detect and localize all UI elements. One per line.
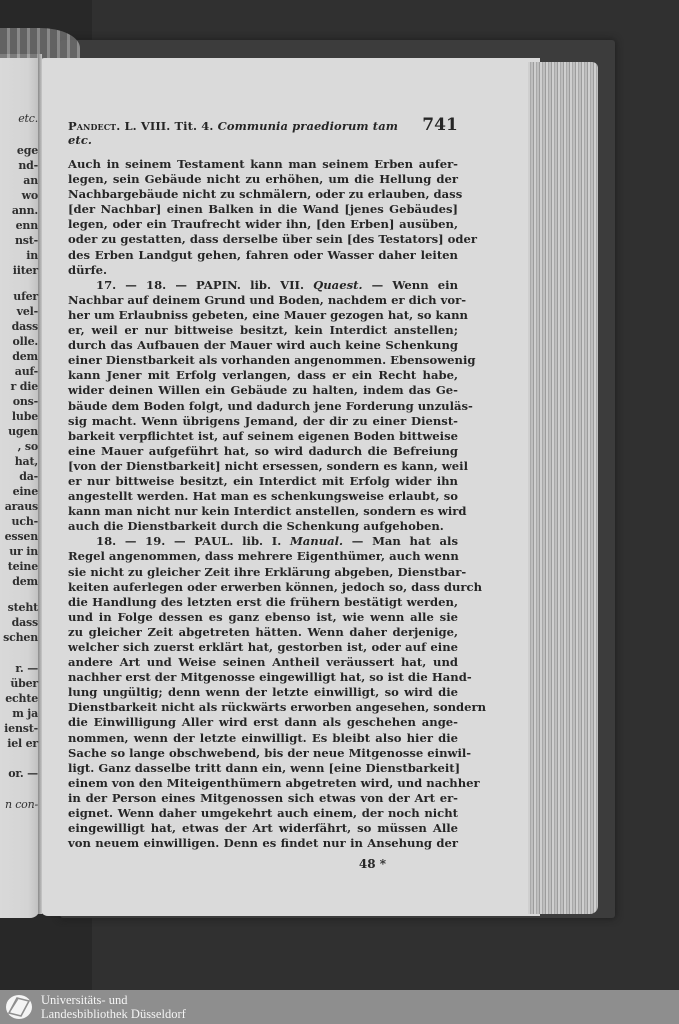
- text-line: oder zu gestatten, dass derselbe über se…: [68, 232, 458, 247]
- left-page-fragment: in: [26, 249, 38, 262]
- left-page-fragment: eine: [13, 485, 38, 498]
- running-head-pandect: Pandect.: [68, 119, 120, 133]
- left-page-fragment: auf-: [15, 365, 38, 378]
- text-line: des Erben Landgut gehen, fahren oder Was…: [68, 248, 458, 263]
- left-page-fragment: r. —: [15, 662, 38, 675]
- text-line: die Handlung des letzten erst die früher…: [68, 595, 458, 610]
- text-line: auch die Dienstbarkeit durch die Schenku…: [68, 519, 458, 534]
- left-page-fragment: ege: [17, 144, 38, 157]
- text-line: dürfe.: [68, 263, 458, 278]
- left-page-fragment: an: [23, 174, 38, 187]
- text-line: Sache so lange obschwebend, bis der neue…: [68, 746, 458, 761]
- text-line: er nur bittweise besitzt, ein Interdict …: [68, 474, 458, 489]
- text-line: nommen, wenn der letzte einwilligt. Es b…: [68, 731, 458, 746]
- text-line: nachher erst der Mitgenosse eingewilligt…: [68, 670, 458, 685]
- left-page-fragment: dass: [12, 320, 38, 333]
- left-page-fragment: ienst-: [4, 722, 38, 735]
- text-line: kann Jener mit Erfolg verlangen, dass er…: [68, 368, 458, 383]
- left-page-fragment: nst-: [15, 234, 38, 247]
- text-line: Nachbar auf deinem Grund und Boden, nach…: [68, 293, 458, 308]
- text-line: und in Folge dessen es ganz ebenso ist, …: [68, 610, 458, 625]
- citation-text: 18. — 19. — PAUL. lib. I.: [96, 534, 290, 548]
- left-page-fragment: m ja: [12, 707, 38, 720]
- left-page-fragment: steht: [8, 601, 38, 614]
- text-line: die Einwilligung Aller wird erst dann al…: [68, 715, 458, 730]
- text-line: [von der Dienstbarkeit] nicht ersessen, …: [68, 459, 458, 474]
- left-page-fragment: ons-: [13, 395, 38, 408]
- text-line: Regel angenommen, dass mehrere Eigenthüm…: [68, 549, 458, 564]
- page-number: 741: [422, 115, 458, 135]
- library-name-line1: Universitäts- und: [41, 993, 186, 1007]
- left-page-fragment: or. —: [8, 767, 38, 780]
- running-head: Pandect. L. VIII. Tit. 4. Communia praed…: [68, 115, 458, 147]
- text-line: einer Dienstbarkeit als vorhanden angeno…: [68, 353, 458, 368]
- text-line: in der Person eines Mitgenossen sich etw…: [68, 791, 458, 806]
- text-line: lung ungültig; denn wenn der letzte einw…: [68, 685, 458, 700]
- text-line: legen, oder ein Traufrecht wider ihn, [d…: [68, 217, 458, 232]
- section-heading-line: 17. — 18. — PAPIN. lib. VII. Quaest. — W…: [68, 278, 458, 293]
- page-content: Pandect. L. VIII. Tit. 4. Communia praed…: [68, 115, 458, 871]
- text-line: zu gleicher Zeit abgetreten hätten. Wenn…: [68, 625, 458, 640]
- line-text: — Wenn ein: [363, 278, 459, 292]
- citation-work-title: Quaest.: [313, 278, 362, 292]
- running-head-text: Pandect. L. VIII. Tit. 4. Communia praed…: [68, 119, 422, 147]
- left-page-fragment: enn: [16, 219, 38, 232]
- left-page-fragment: lube: [12, 410, 38, 423]
- citation-work-title: Manual.: [290, 534, 343, 548]
- library-name: Universitäts- und Landesbibliothek Düsse…: [41, 993, 186, 1021]
- text-line: durch das Aufbauen der Mauer wird auch k…: [68, 338, 458, 353]
- ulb-book-logo-icon: [3, 993, 35, 1021]
- left-page-fragment: über: [10, 677, 38, 690]
- text-line: von neuem einwilligen. Denn es findet nu…: [68, 836, 458, 851]
- left-page-fragment: ur in: [9, 545, 38, 558]
- text-line: Auch in seinem Testament kann man seinem…: [68, 157, 458, 172]
- text-line: Nachbargebäude nicht zu schmälern, oder …: [68, 187, 458, 202]
- body-text: Auch in seinem Testament kann man seinem…: [68, 157, 458, 851]
- text-line: bäude dem Boden folgt, und dadurch jene …: [68, 399, 458, 414]
- library-name-line2: Landesbibliothek Düsseldorf: [41, 1007, 186, 1021]
- left-page-fragment: schen: [3, 631, 38, 644]
- left-page-fragment: r die: [11, 380, 39, 393]
- left-page-fragment: ugen: [8, 425, 38, 438]
- text-line: andere Art und Weise seinen Antheil verä…: [68, 655, 458, 670]
- left-page-fragment: vel-: [17, 305, 38, 318]
- left-page-fragment: essen: [5, 530, 38, 543]
- text-line: sie nicht zu gleicher Zeit ihre Erklärun…: [68, 565, 458, 580]
- text-line: barkeit verpflichtet ist, auf seinem eig…: [68, 429, 458, 444]
- left-page-fragment: iel er: [7, 737, 38, 750]
- text-line: [der Nachbar] einen Balken in die Wand […: [68, 202, 458, 217]
- page-gutter: [38, 54, 42, 914]
- left-page-fragment: ann.: [12, 204, 38, 217]
- left-page-fragment: da-: [19, 470, 38, 483]
- running-head-book: L. VIII. Tit. 4.: [124, 119, 213, 133]
- left-page-fragment: teine: [8, 560, 38, 573]
- left-page-fragment: , so: [18, 440, 38, 453]
- left-page-fragment: olle.: [12, 335, 38, 348]
- left-page-fragment: hat,: [15, 455, 38, 468]
- text-line: er, weil er nur bittweise besitzt, kein …: [68, 323, 458, 338]
- left-page-fragment: dem: [12, 350, 38, 363]
- citation-text: 17. — 18. — PAPIN. lib. VII.: [96, 278, 313, 292]
- page-fore-edge: [528, 62, 598, 914]
- line-text: — Man hat als: [343, 534, 458, 548]
- left-page-fragment: etc.: [18, 112, 38, 125]
- left-page-fragment: uch-: [12, 515, 38, 528]
- text-line: kann man nicht nur kein Interdict anstel…: [68, 504, 458, 519]
- library-footer-bar: Universitäts- und Landesbibliothek Düsse…: [0, 990, 679, 1024]
- text-line: welcher sich zuerst erklärt hat, gestorb…: [68, 640, 458, 655]
- text-line: wider deinen Willen ein Gebäude zu halte…: [68, 383, 458, 398]
- text-line: legen, sein Gebäude nicht zu erhöhen, um…: [68, 172, 458, 187]
- scanned-book-image: etc.egend-anwoann.ennnst-iniiterufervel-…: [0, 0, 679, 990]
- text-line: eine Mauer aufgeführt hat, so wird dadur…: [68, 444, 458, 459]
- text-line: eingewilligt hat, etwas der Art widerfäh…: [68, 821, 458, 836]
- left-page-fragment: dem: [12, 575, 38, 588]
- text-line: keiten auferlegen oder erwerben können, …: [68, 580, 458, 595]
- left-page-fragment: araus: [5, 500, 38, 513]
- left-page-fragment: iiter: [13, 264, 38, 277]
- left-page-fragment: echte: [5, 692, 38, 705]
- left-page-fragment: wo: [22, 189, 38, 202]
- left-page-fragment: dass: [12, 616, 38, 629]
- left-page-fragment: ufer: [13, 290, 38, 303]
- left-page-fragment: n con-: [5, 798, 38, 811]
- text-line: ligt. Ganz dasselbe tritt dann ein, wenn…: [68, 761, 458, 776]
- text-line: angestellt werden. Hat man es schenkungs…: [68, 489, 458, 504]
- section-heading-line: 18. — 19. — PAUL. lib. I. Manual. — Man …: [68, 534, 458, 549]
- text-line: eignet. Wenn daher umgekehrt auch einem,…: [68, 806, 458, 821]
- text-line: einem von den Miteigenthümern abgetreten…: [68, 776, 458, 791]
- left-page-fragment: nd-: [18, 159, 38, 172]
- text-line: her um Erlaubniss gebeten, eine Mauer ge…: [68, 308, 458, 323]
- text-line: sig macht. Wenn übrigens Jemand, der dir…: [68, 414, 458, 429]
- text-line: Dienstbarkeit nicht als rückwärts erworb…: [68, 700, 458, 715]
- printer-signature-mark: 48 *: [68, 857, 458, 871]
